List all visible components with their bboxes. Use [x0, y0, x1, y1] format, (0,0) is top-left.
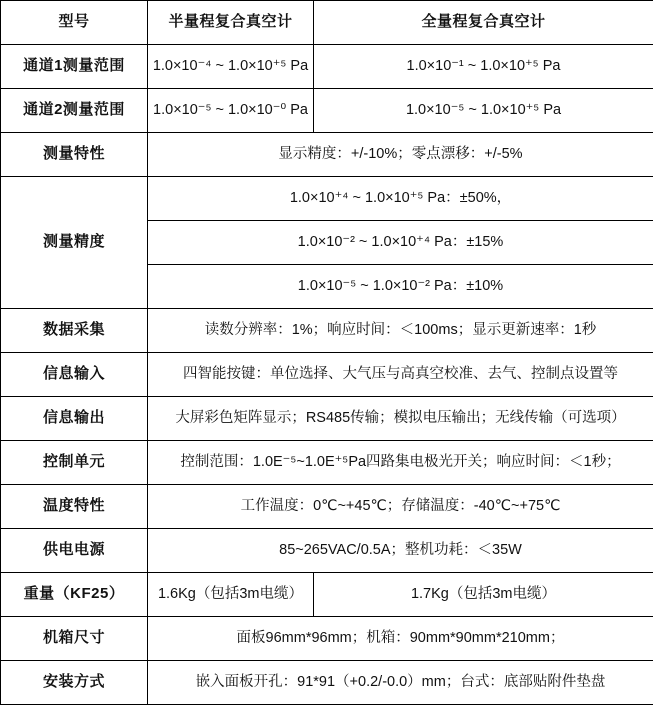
- chassis-size-value: 面板96mm*96mm；机箱：90mm*90mm*210mm；: [148, 617, 653, 661]
- table-row-channel1: 通道1测量范围 1.0×10⁻⁴ ~ 1.0×10⁺⁵ Pa 1.0×10⁻¹ …: [1, 45, 653, 89]
- info-output-value: 大屏彩色矩阵显示；RS485传输；模拟电压输出；无线传输（可选项）: [148, 397, 653, 441]
- channel1-full-value: 1.0×10⁻¹ ~ 1.0×10⁺⁵ Pa: [314, 45, 653, 89]
- table-row-info-output: 信息输出 大屏彩色矩阵显示；RS485传输；模拟电压输出；无线传输（可选项）: [1, 397, 653, 441]
- info-output-label: 信息输出: [1, 397, 148, 441]
- table-row-header: 型号 半量程复合真空计 全量程复合真空计: [1, 1, 653, 45]
- header-half-range-label: 半量程复合真空计: [148, 1, 314, 45]
- chassis-size-label: 机箱尺寸: [1, 617, 148, 661]
- control-unit-value: 控制范围：1.0E⁻⁵~1.0E⁺⁵Pa四路集电极光开关；响应时间：＜1秒；: [148, 441, 653, 485]
- channel2-full-value: 1.0×10⁻⁵ ~ 1.0×10⁺⁵ Pa: [314, 89, 653, 133]
- measurement-accuracy-value-1: 1.0×10⁺⁴ ~ 1.0×10⁺⁵ Pa：±50%，: [148, 177, 653, 221]
- measurement-accuracy-value-3: 1.0×10⁻⁵ ~ 1.0×10⁻² Pa：±10%: [148, 265, 653, 309]
- channel2-label: 通道2测量范围: [1, 89, 148, 133]
- table-row-measurement-accuracy-1: 测量精度 1.0×10⁺⁴ ~ 1.0×10⁺⁵ Pa：±50%，: [1, 177, 653, 221]
- power-supply-label: 供电电源: [1, 529, 148, 573]
- power-supply-value: 85~265VAC/0.5A；整机功耗：＜35W: [148, 529, 653, 573]
- spec-table: 型号 半量程复合真空计 全量程复合真空计 通道1测量范围 1.0×10⁻⁴ ~ …: [0, 0, 653, 705]
- table-row-installation: 安装方式 嵌入面板开孔：91*91（+0.2/-0.0）mm；台式：底部贴附件垫…: [1, 661, 653, 705]
- measurement-accuracy-label: 测量精度: [1, 177, 148, 309]
- weight-half-value: 1.6Kg（包括3m电缆）: [148, 573, 314, 617]
- channel1-label: 通道1测量范围: [1, 45, 148, 89]
- table-row-channel2: 通道2测量范围 1.0×10⁻⁵ ~ 1.0×10⁻⁰ Pa 1.0×10⁻⁵ …: [1, 89, 653, 133]
- table-row-data-acquisition: 数据采集 读数分辨率：1%；响应时间：＜100ms；显示更新速率：1秒: [1, 309, 653, 353]
- control-unit-label: 控制单元: [1, 441, 148, 485]
- weight-full-value: 1.7Kg（包括3m电缆）: [314, 573, 653, 617]
- header-model-label: 型号: [1, 1, 148, 45]
- info-input-value: 四智能按键：单位选择、大气压与高真空校准、去气、控制点设置等: [148, 353, 653, 397]
- temperature-label: 温度特性: [1, 485, 148, 529]
- table-row-temperature: 温度特性 工作温度：0℃~+45℃；存储温度：-40℃~+75℃: [1, 485, 653, 529]
- table-row-info-input: 信息输入 四智能按键：单位选择、大气压与高真空校准、去气、控制点设置等: [1, 353, 653, 397]
- measurement-accuracy-value-2: 1.0×10⁻² ~ 1.0×10⁺⁴ Pa：±15%: [148, 221, 653, 265]
- header-full-range-label: 全量程复合真空计: [314, 1, 653, 45]
- temperature-value: 工作温度：0℃~+45℃；存储温度：-40℃~+75℃: [148, 485, 653, 529]
- table-row-weight: 重量（KF25） 1.6Kg（包括3m电缆） 1.7Kg（包括3m电缆）: [1, 573, 653, 617]
- info-input-label: 信息输入: [1, 353, 148, 397]
- installation-value: 嵌入面板开孔：91*91（+0.2/-0.0）mm；台式：底部贴附件垫盘: [148, 661, 653, 705]
- channel1-half-value: 1.0×10⁻⁴ ~ 1.0×10⁺⁵ Pa: [148, 45, 314, 89]
- data-acquisition-value: 读数分辨率：1%；响应时间：＜100ms；显示更新速率：1秒: [148, 309, 653, 353]
- weight-label: 重量（KF25）: [1, 573, 148, 617]
- measurement-characteristics-value: 显示精度：+/-10%；零点漂移：+/-5%: [148, 133, 653, 177]
- data-acquisition-label: 数据采集: [1, 309, 148, 353]
- measurement-characteristics-label: 测量特性: [1, 133, 148, 177]
- table-row-control-unit: 控制单元 控制范围：1.0E⁻⁵~1.0E⁺⁵Pa四路集电极光开关；响应时间：＜…: [1, 441, 653, 485]
- channel2-half-value: 1.0×10⁻⁵ ~ 1.0×10⁻⁰ Pa: [148, 89, 314, 133]
- table-row-chassis-size: 机箱尺寸 面板96mm*96mm；机箱：90mm*90mm*210mm；: [1, 617, 653, 661]
- table-row-power-supply: 供电电源 85~265VAC/0.5A；整机功耗：＜35W: [1, 529, 653, 573]
- table-row-measurement-characteristics: 测量特性 显示精度：+/-10%；零点漂移：+/-5%: [1, 133, 653, 177]
- installation-label: 安装方式: [1, 661, 148, 705]
